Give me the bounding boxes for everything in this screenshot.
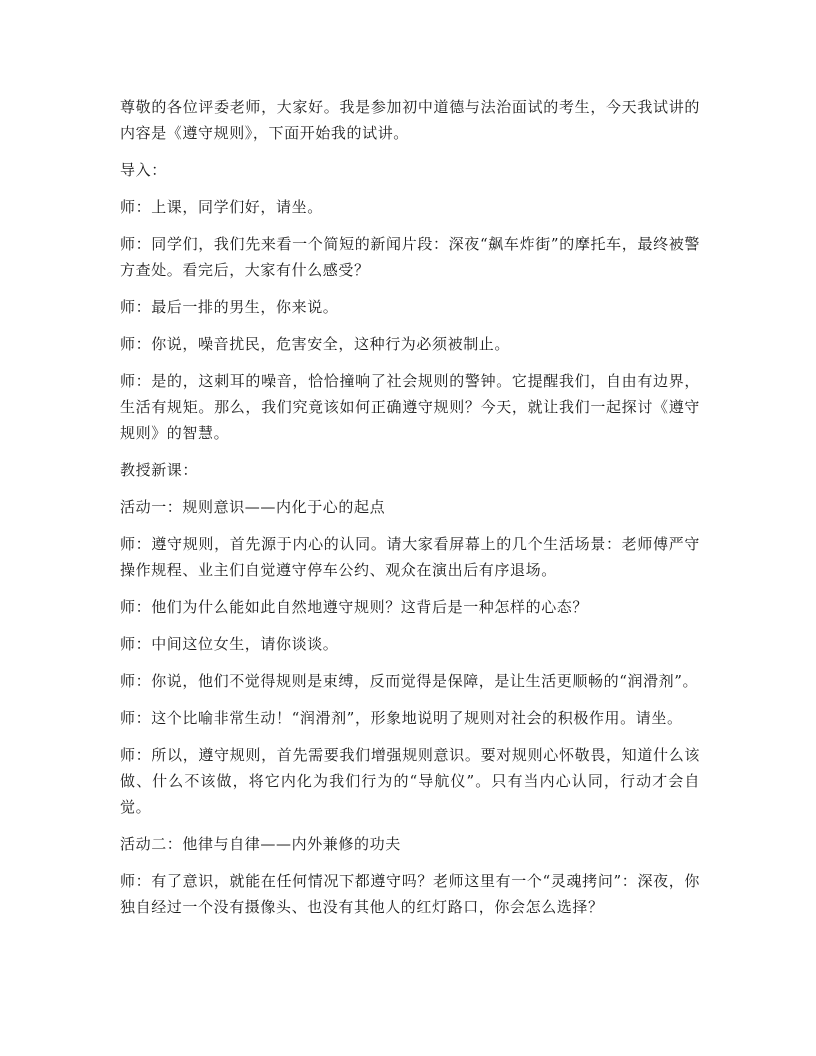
document-page: 尊敬的各位评委老师，大家好。我是参加初中道德与法治面试的考生，今天我试讲的内容是…: [120, 94, 700, 931]
dialogue-paragraph: 师：同学们，我们先来看一个简短的新闻片段：深夜“飙车炸街”的摩托车，最终被警方查…: [120, 231, 700, 283]
section-heading-new-lesson: 教授新课：: [120, 457, 700, 483]
dialogue-paragraph: 师：遵守规则，首先源于内心的认同。请大家看屏幕上的几个生活场景：老师傅严守操作规…: [120, 531, 700, 583]
dialogue-paragraph: 师：最后一排的男生，你来说。: [120, 294, 700, 320]
dialogue-paragraph: 师：有了意识，就能在任何情况下都遵守吗？老师这里有一个“灵魂拷问”：深夜，你独自…: [120, 868, 700, 920]
section-heading-lead-in: 导入：: [120, 157, 700, 183]
dialogue-paragraph: 师：你说，噪音扰民，危害安全，这种行为必须被制止。: [120, 331, 700, 357]
dialogue-paragraph: 师：你说，他们不觉得规则是束缚，反而觉得是保障，是让生活更顺畅的“润滑剂”。: [120, 668, 700, 694]
dialogue-paragraph: 师：上课，同学们好，请坐。: [120, 194, 700, 220]
dialogue-paragraph: 师：他们为什么能如此自然地遵守规则？这背后是一种怎样的心态？: [120, 594, 700, 620]
activity-heading-two: 活动二：他律与自律——内外兼修的功夫: [120, 831, 700, 857]
dialogue-paragraph: 师：中间这位女生，请你谈谈。: [120, 631, 700, 657]
dialogue-paragraph: 师：所以，遵守规则，首先需要我们增强规则意识。要对规则心怀敬畏，知道什么该做、什…: [120, 742, 700, 820]
dialogue-paragraph: 师：是的，这刺耳的噪音，恰恰撞响了社会规则的警钟。它提醒我们，自由有边界，生活有…: [120, 368, 700, 446]
intro-paragraph: 尊敬的各位评委老师，大家好。我是参加初中道德与法治面试的考生，今天我试讲的内容是…: [120, 94, 700, 146]
dialogue-paragraph: 师：这个比喻非常生动！“润滑剂”，形象地说明了规则对社会的积极作用。请坐。: [120, 705, 700, 731]
activity-heading-one: 活动一：规则意识——内化于心的起点: [120, 494, 700, 520]
